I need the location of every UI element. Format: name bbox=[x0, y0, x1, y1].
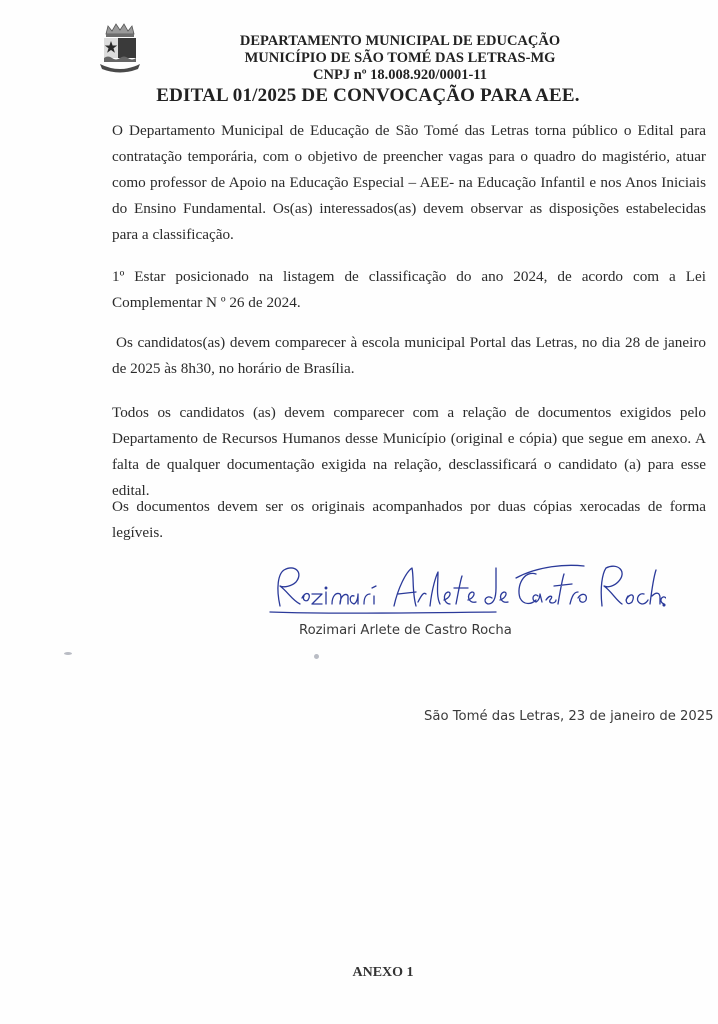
attendance-paragraph: Os candidatos(as) devem comparecer à esc… bbox=[112, 330, 706, 382]
scan-speck bbox=[64, 652, 72, 655]
cnpj-number: CNPJ nº 18.008.920/0001-11 bbox=[160, 67, 640, 84]
copies-paragraph: Os documentos devem ser os originais aco… bbox=[112, 494, 706, 546]
signer-name: Rozimari Arlete de Castro Rocha bbox=[299, 623, 512, 638]
document-title: EDITAL 01/2025 DE CONVOCAÇÃO PARA AEE. bbox=[108, 85, 628, 107]
requirement-paragraph: 1º Estar posicionado na listagem de clas… bbox=[112, 264, 706, 316]
place-and-date: São Tomé das Letras, 23 de janeiro de 20… bbox=[424, 709, 714, 724]
documents-paragraph: Todos os candidatos (as) devem comparece… bbox=[112, 400, 706, 504]
municipality-name: MUNICÍPIO DE SÃO TOMÉ DAS LETRAS-MG bbox=[160, 50, 640, 67]
department-name: DEPARTAMENTO MUNICIPAL DE EDUCAÇÃO bbox=[160, 33, 640, 50]
document-page: DEPARTAMENTO MUNICIPAL DE EDUCAÇÃO MUNIC… bbox=[0, 0, 718, 1024]
intro-paragraph: O Departamento Municipal de Educação de … bbox=[112, 118, 706, 248]
municipal-coat-of-arms-icon bbox=[98, 20, 142, 74]
annex-heading: ANEXO 1 bbox=[0, 965, 718, 981]
scan-speck bbox=[314, 654, 319, 659]
handwritten-signature bbox=[266, 558, 666, 628]
attendance-text: Os candidatos(as) devem comparecer à esc… bbox=[112, 334, 706, 377]
document-header: DEPARTAMENTO MUNICIPAL DE EDUCAÇÃO MUNIC… bbox=[160, 33, 640, 84]
